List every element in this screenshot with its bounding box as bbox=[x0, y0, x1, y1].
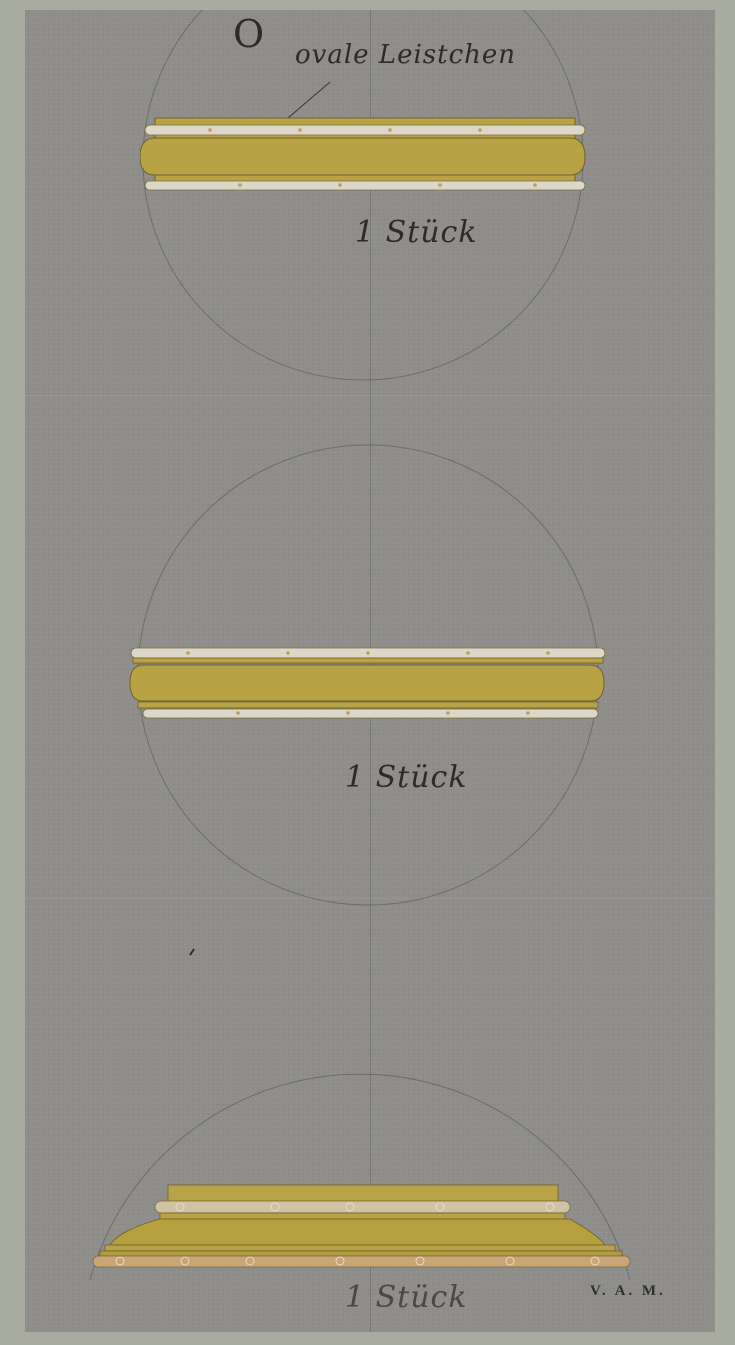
drawing-sheet: O ovale Leistchen 1 Stück 1 Stück bbox=[25, 10, 715, 1332]
profile-1-label: 1 Stück bbox=[355, 215, 478, 250]
profile-2-label: 1 Stück bbox=[345, 760, 468, 795]
title-mark: O bbox=[233, 12, 265, 56]
museum-stamp: V. A. M. bbox=[590, 1283, 666, 1300]
title-annotation: ovale Leistchen bbox=[295, 40, 516, 70]
profile-3-label: 1 Stück bbox=[345, 1280, 468, 1315]
moulding-profile-2 bbox=[128, 638, 608, 723]
moulding-profile-1 bbox=[140, 110, 590, 195]
moulding-profile-3 bbox=[90, 1175, 635, 1270]
